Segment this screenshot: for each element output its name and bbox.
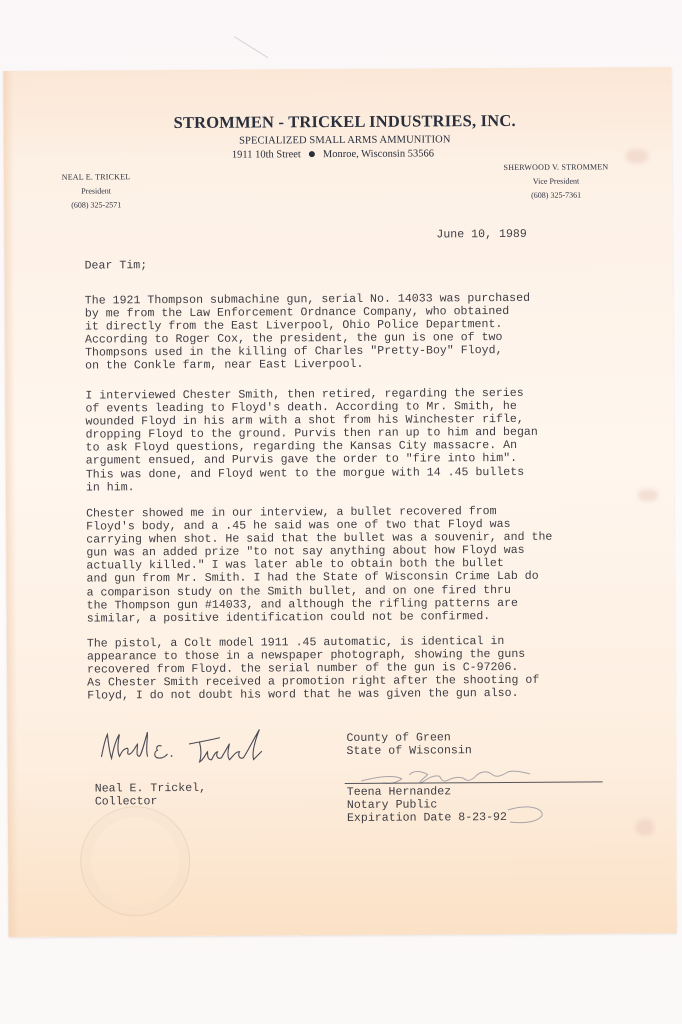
notary-name: Teena Hernandez <box>347 785 451 799</box>
officer-name: SHERWOOD V. STROMMEN <box>492 160 620 175</box>
letterhead: STROMMEN - TRICKEL INDUSTRIES, INC. SPEC… <box>4 110 672 162</box>
bullet-dot-icon <box>309 151 315 157</box>
officer-president: NEAL E. TRICKEL President (608) 325-2571 <box>46 170 146 213</box>
address-city: Monroe, Wisconsin 53566 <box>323 148 434 160</box>
notary-county: County of Green <box>346 731 450 745</box>
notary-jurisdiction: County of Green State of Wisconsin <box>346 731 471 758</box>
salutation: Dear Tim; <box>85 259 148 272</box>
notary-block: Teena Hernandez Notary Public Expiration… <box>347 785 507 825</box>
officer-title: President <box>46 184 146 199</box>
body-paragraph: The pistol, a Colt model 1911 .45 automa… <box>87 635 540 703</box>
body-paragraph: The 1921 Thompson submachine gun, serial… <box>85 292 531 373</box>
notary-state: State of Wisconsin <box>346 744 471 758</box>
notary-title: Notary Public <box>347 799 438 813</box>
background-scratch-mark <box>234 36 268 58</box>
paper-edge-shade <box>3 71 18 937</box>
body-paragraph: Chester showed me in our interview, a bu… <box>86 505 553 626</box>
officer-phone: (608) 325-7361 <box>492 188 620 203</box>
officer-name: NEAL E. TRICKEL <box>46 170 146 185</box>
body-paragraph: I interviewed Chester Smith, then retire… <box>85 387 538 495</box>
letter-date: June 10, 1989 <box>436 228 527 242</box>
officer-phone: (608) 325-2571 <box>46 198 146 213</box>
paper-stain <box>636 819 654 835</box>
officer-title: Vice President <box>492 174 620 189</box>
officer-vice-president: SHERWOOD V. STROMMEN Vice President (608… <box>492 160 620 203</box>
letter-page: STROMMEN - TRICKEL INDUSTRIES, INC. SPEC… <box>3 67 676 937</box>
address-street: 1911 10th Street <box>232 149 301 160</box>
signer-block: Neal E. Trickel, Collector <box>95 782 206 809</box>
embossed-notary-seal-icon <box>80 806 191 917</box>
paper-stain <box>638 489 658 501</box>
signer-name: Neal E. Trickel, <box>95 782 206 796</box>
company-name: STROMMEN - TRICKEL INDUSTRIES, INC. <box>18 110 672 134</box>
company-tagline: SPECIALIZED SMALL ARMS AMMUNITION <box>18 133 672 148</box>
notary-expiration: Expiration Date 8-23-92 <box>347 811 507 825</box>
handwritten-signature-icon <box>95 725 271 770</box>
